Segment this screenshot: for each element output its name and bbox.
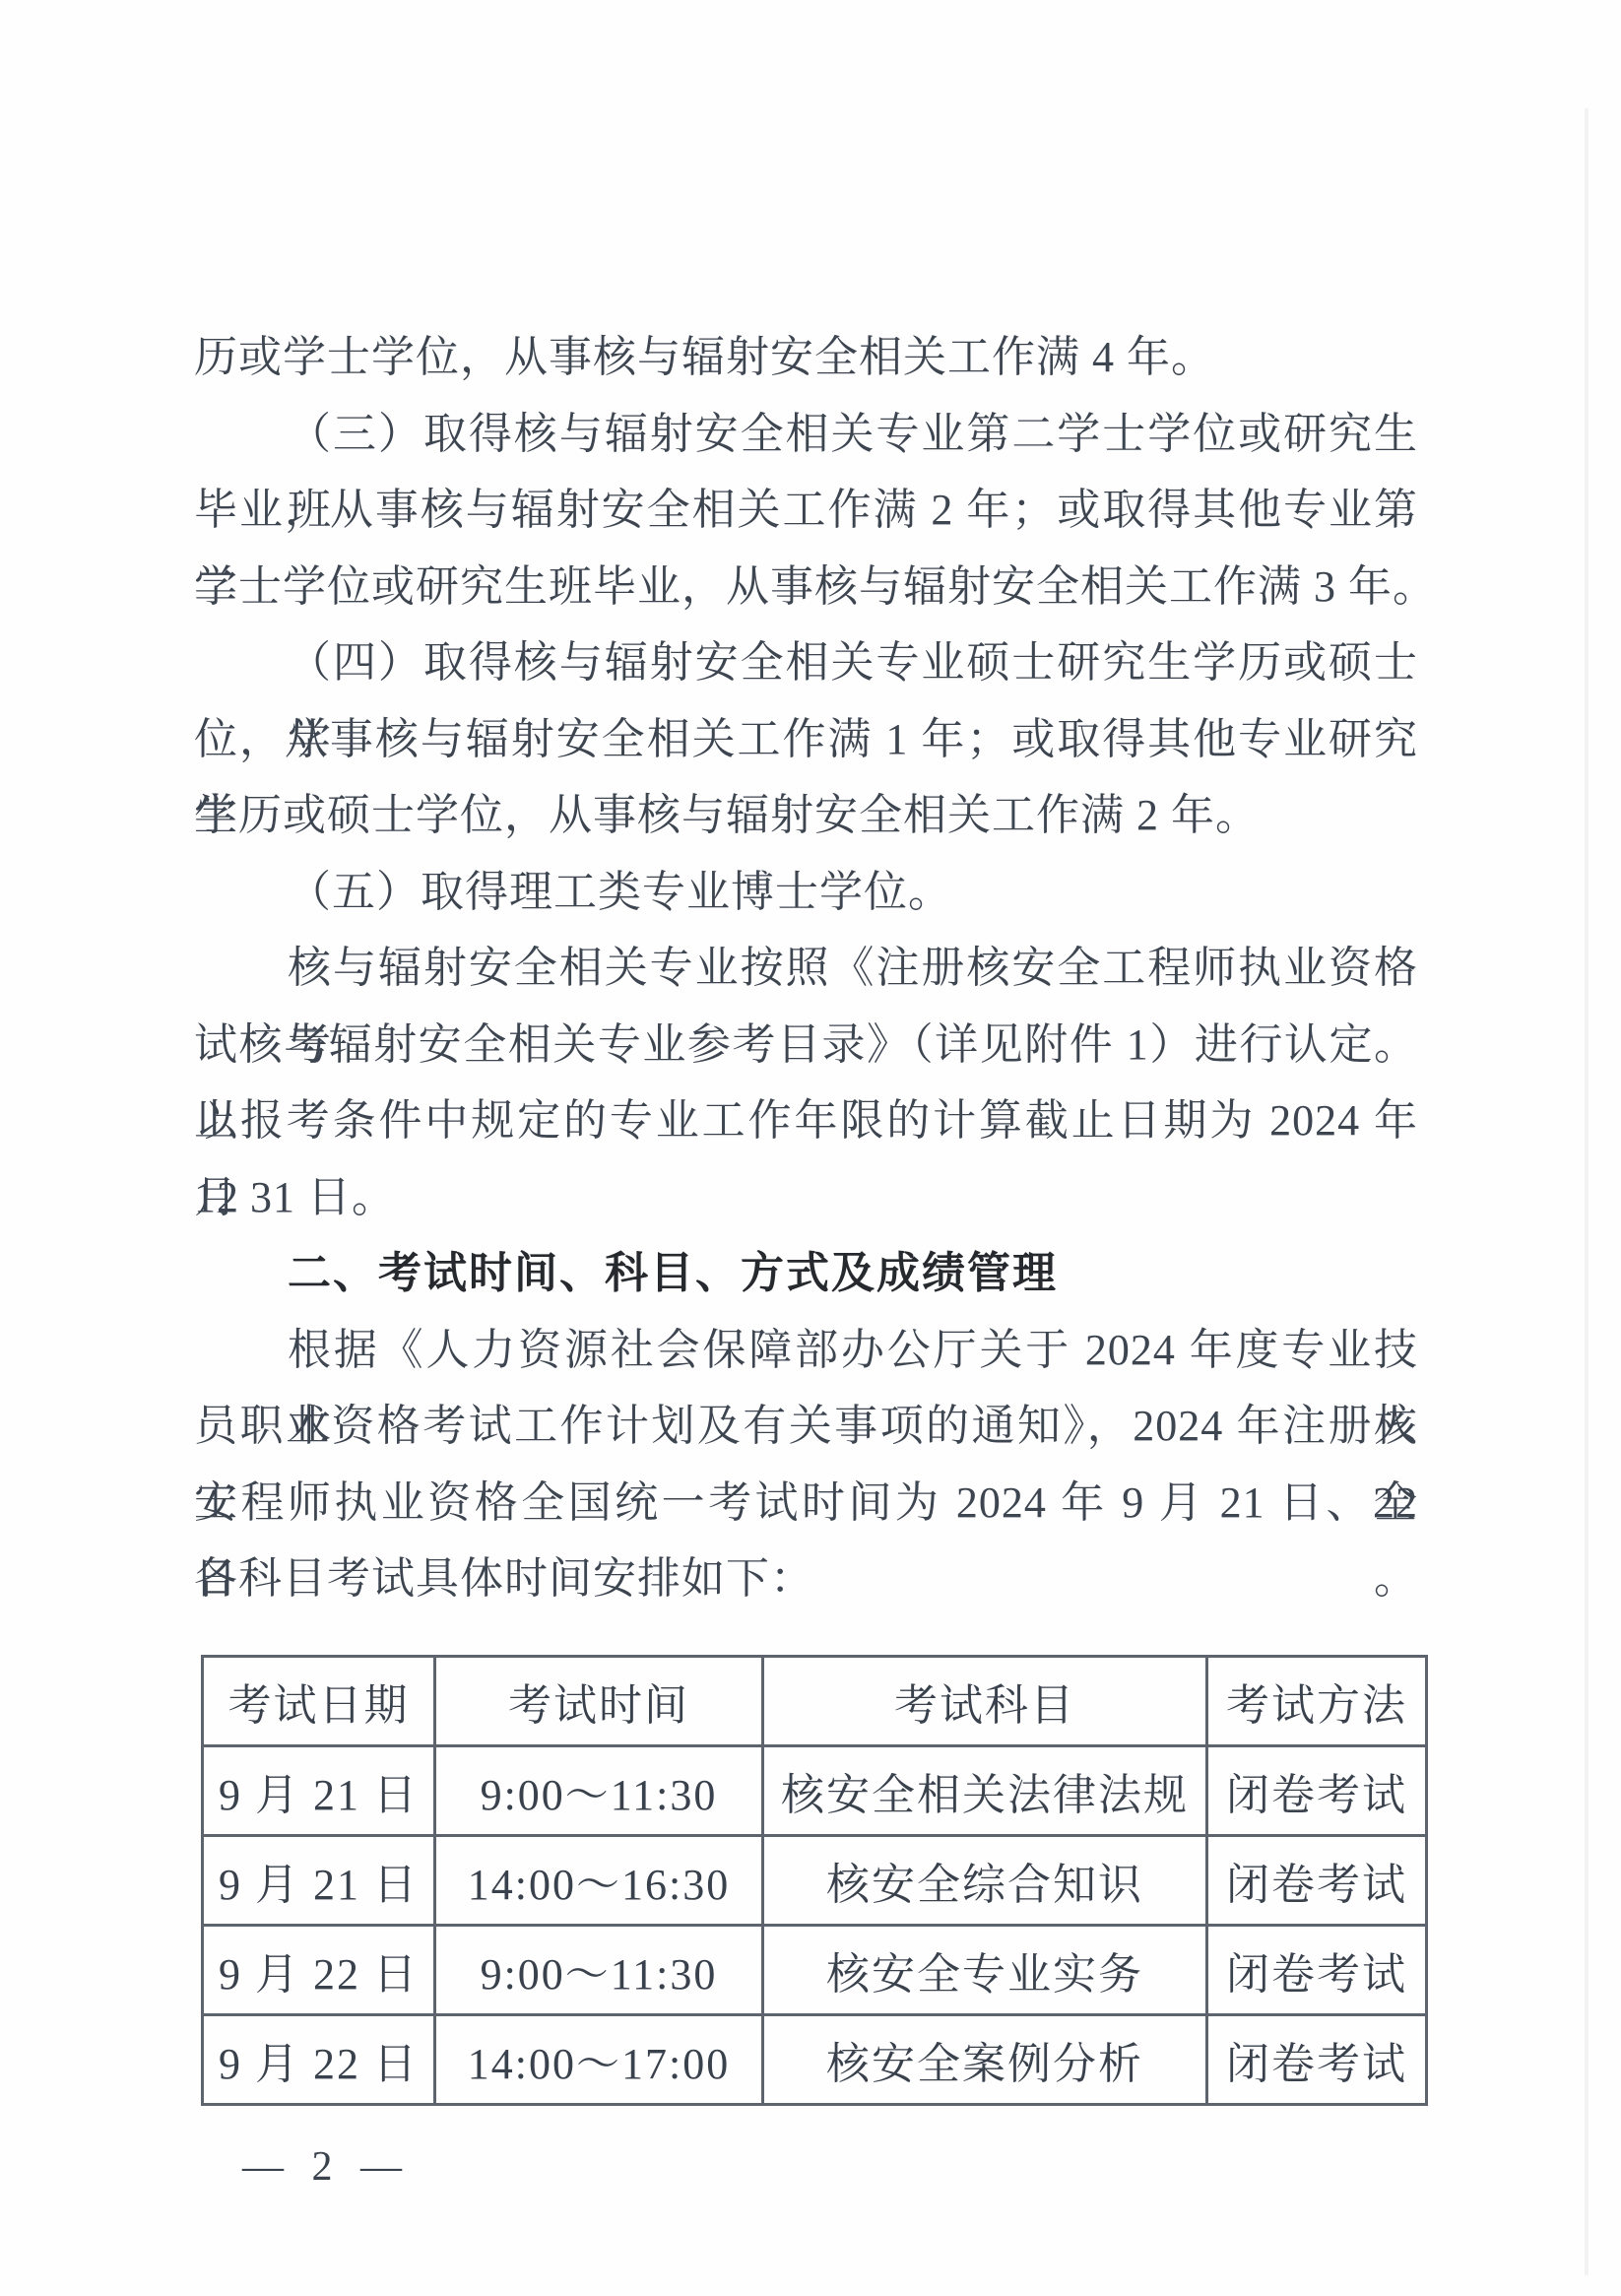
document-line: 历或学士学位，从事核与辐射安全相关工作满 4 年。 [194, 319, 1418, 396]
document-line: 月 31 日。 [194, 1159, 1418, 1236]
section-heading: 二、考试时间、科目、方式及成绩管理 [194, 1235, 1418, 1312]
document-page: { "document": { "language": "zh-CN", "se… [0, 0, 1621, 2296]
paragraph: （五）取得理工类专业博士学位。 [194, 854, 1418, 931]
document-line: 位，从事核与辐射安全相关工作满 1 年；或取得其他专业研究生 [194, 701, 1418, 778]
page-number: — 2 — [242, 2143, 411, 2191]
table-row: 9 月 22 日 14:00～17:00 核安全案例分析 闭卷考试 [203, 2015, 1427, 2105]
paragraph: （三）取得核与辐射安全相关专业第二学士学位或研究生班 毕业，从事核与辐射安全相关… [194, 396, 1418, 625]
table-cell-method: 闭卷考试 [1207, 1836, 1427, 1926]
table-cell-subject: 核安全相关法律法规 [763, 1746, 1207, 1836]
table-cell-time: 9:00～11:30 [435, 1746, 763, 1836]
document-line: 根据《人力资源社会保障部办公厅关于 2024 年度专业技术人 [194, 1312, 1418, 1389]
table-header-row: 考试日期 考试时间 考试科目 考试方法 [203, 1657, 1427, 1746]
table-cell-time: 14:00～17:00 [435, 2015, 763, 2105]
table-header-cell: 考试日期 [203, 1657, 435, 1746]
table-cell-method: 闭卷考试 [1207, 1926, 1427, 2015]
table-cell-date: 9 月 22 日 [203, 2015, 435, 2105]
document-body: 历或学士学位，从事核与辐射安全相关工作满 4 年。 （三）取得核与辐射安全相关专… [194, 319, 1418, 1617]
document-line: 学历或硕士学位，从事核与辐射安全相关工作满 2 年。 [194, 777, 1418, 854]
document-line: （三）取得核与辐射安全相关专业第二学士学位或研究生班 [194, 396, 1418, 473]
document-line: 上报考条件中规定的专业工作年限的计算截止日期为 2024 年 12 [194, 1082, 1418, 1159]
table-cell-subject: 核安全综合知识 [763, 1836, 1207, 1926]
document-line: （四）取得核与辐射安全相关专业硕士研究生学历或硕士学 [194, 624, 1418, 701]
paragraph: 历或学士学位，从事核与辐射安全相关工作满 4 年。 [194, 319, 1418, 396]
table-cell-subject: 核安全专业实务 [763, 1926, 1207, 2015]
table-cell-date: 9 月 21 日 [203, 1836, 435, 1926]
document-line: 员职业资格考试工作计划及有关事项的通知》，2024 年注册核安全 [194, 1388, 1418, 1465]
paragraph: 核与辐射安全相关专业按照《注册核安全工程师执业资格考 试核与辐射安全相关专业参考… [194, 930, 1418, 1235]
table-cell-subject: 核安全案例分析 [763, 2015, 1207, 2105]
table-row: 9 月 22 日 9:00～11:30 核安全专业实务 闭卷考试 [203, 1926, 1427, 2015]
section: 二、考试时间、科目、方式及成绩管理 [194, 1235, 1418, 1312]
exam-schedule-table: 考试日期 考试时间 考试科目 考试方法 9 月 21 日 9:00～11:30 … [201, 1655, 1428, 2106]
table-cell-method: 闭卷考试 [1207, 1746, 1427, 1836]
table-cell-date: 9 月 21 日 [203, 1746, 435, 1836]
paragraph: （四）取得核与辐射安全相关专业硕士研究生学历或硕士学 位，从事核与辐射安全相关工… [194, 624, 1418, 854]
document-line: 毕业，从事核与辐射安全相关工作满 2 年；或取得其他专业第二 [194, 472, 1418, 549]
paragraph: 根据《人力资源社会保障部办公厅关于 2024 年度专业技术人 员职业资格考试工作… [194, 1312, 1418, 1617]
table-header-cell: 考试科目 [763, 1657, 1207, 1746]
table-cell-time: 9:00～11:30 [435, 1926, 763, 2015]
document-line: 学士学位或研究生班毕业，从事核与辐射安全相关工作满 3 年。 [194, 549, 1418, 625]
table-header-cell: 考试时间 [435, 1657, 763, 1746]
table-row: 9 月 21 日 14:00～16:30 核安全综合知识 闭卷考试 [203, 1836, 1427, 1926]
document-line: 核与辐射安全相关专业按照《注册核安全工程师执业资格考 [194, 930, 1418, 1007]
table-cell-method: 闭卷考试 [1207, 2015, 1427, 2105]
document-line: 工程师执业资格全国统一考试时间为 2024 年 9 月 21 日、22 日。 [194, 1465, 1418, 1542]
table-header-cell: 考试方法 [1207, 1657, 1427, 1746]
document-line: （五）取得理工类专业博士学位。 [194, 854, 1418, 931]
scan-edge-artifact [1585, 108, 1589, 2275]
table-cell-time: 14:00～16:30 [435, 1836, 763, 1926]
table-cell-date: 9 月 22 日 [203, 1926, 435, 2015]
document-line: 试核与辐射安全相关专业参考目录》（详见附件 1）进行认定。以 [194, 1007, 1418, 1083]
table-row: 9 月 21 日 9:00～11:30 核安全相关法律法规 闭卷考试 [203, 1746, 1427, 1836]
